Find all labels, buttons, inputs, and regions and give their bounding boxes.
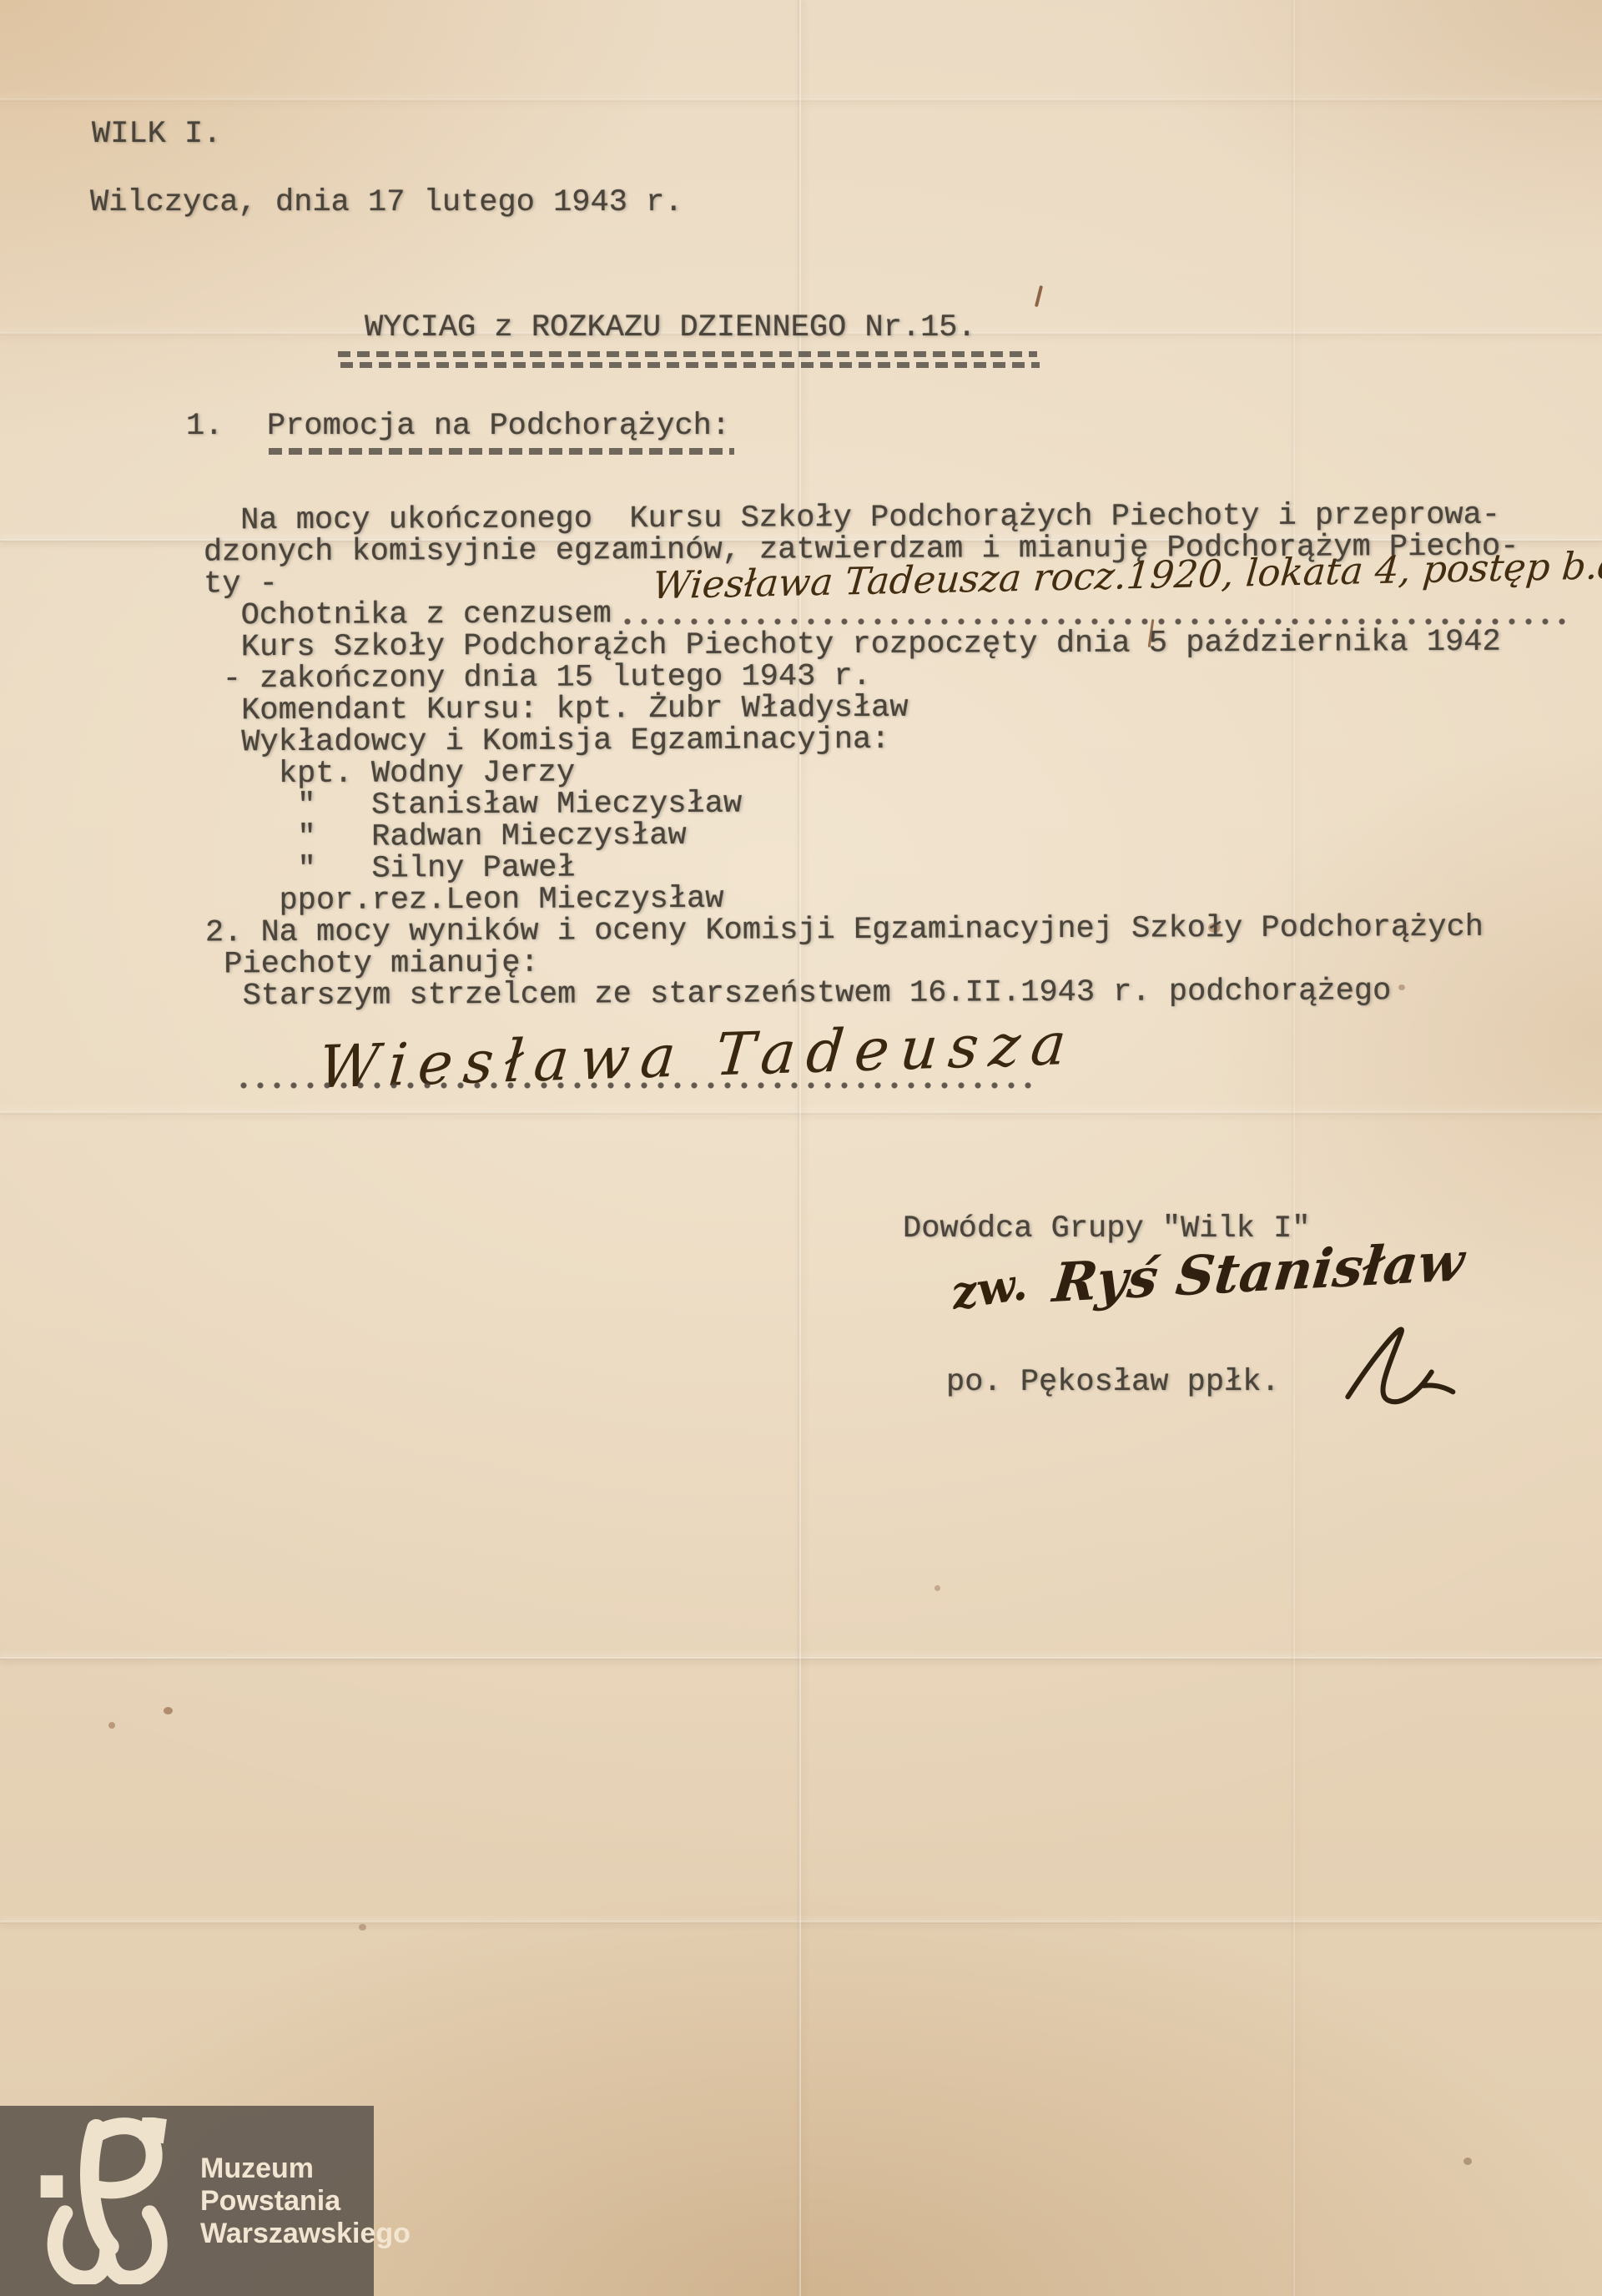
typed-line: 2. Na mocy wyników i oceny Komisji Egzam… bbox=[205, 912, 1521, 949]
paper-stain bbox=[934, 1585, 940, 1591]
paper-stain bbox=[1463, 2158, 1472, 2165]
museum-watermark: Muzeum Powstania Warszawskiego bbox=[0, 2106, 374, 2296]
fold-crease bbox=[0, 1657, 1602, 1660]
watermark-text: Muzeum Powstania Warszawskiego bbox=[200, 2152, 411, 2250]
watermark-line: Powstania bbox=[200, 2185, 411, 2218]
handwritten-promoted-name: Wiesława Tadeusza bbox=[315, 1010, 1080, 1102]
title-underline bbox=[338, 351, 1037, 357]
signature-prefix: zw. bbox=[948, 1256, 1030, 1320]
signature-flourish bbox=[1331, 1290, 1481, 1447]
kotwica-anchor-icon bbox=[38, 2117, 185, 2284]
document-title: WYCIAG z ROZKAZU DZIENNEGO Nr.15. bbox=[365, 310, 976, 345]
section1-number: 1. bbox=[186, 409, 223, 444]
watermark-line: Warszawskiego bbox=[200, 2218, 411, 2250]
typed-line: Starszym strzelcem ze starszeństwem 16.I… bbox=[205, 975, 1521, 1013]
paper-stain bbox=[108, 1722, 115, 1729]
section1-underline bbox=[269, 448, 734, 455]
fold-crease bbox=[0, 98, 1602, 102]
fold-crease bbox=[0, 1111, 1602, 1115]
ink-mark bbox=[1035, 285, 1043, 307]
closing-name: po. Pękosław ppłk. bbox=[946, 1365, 1280, 1400]
watermark-line: Muzeum bbox=[200, 2152, 411, 2185]
paper-stain bbox=[359, 1924, 366, 1931]
paper-stain bbox=[164, 1707, 173, 1714]
fold-crease bbox=[1292, 0, 1295, 2296]
place-date-line: Wilczyca, dnia 17 lutego 1943 r. bbox=[90, 185, 683, 220]
scanned-document-page: WILK I. Wilczyca, dnia 17 lutego 1943 r.… bbox=[0, 0, 1602, 2296]
fold-crease bbox=[0, 1921, 1602, 1924]
section1-heading: Promocja na Podchorążych: bbox=[267, 409, 730, 444]
unit-designation: WILK I. bbox=[92, 117, 221, 152]
typed-line: Kurs Szkoły Podchorążch Piechoty rozpocz… bbox=[204, 627, 1519, 664]
title-underline bbox=[340, 362, 1040, 368]
